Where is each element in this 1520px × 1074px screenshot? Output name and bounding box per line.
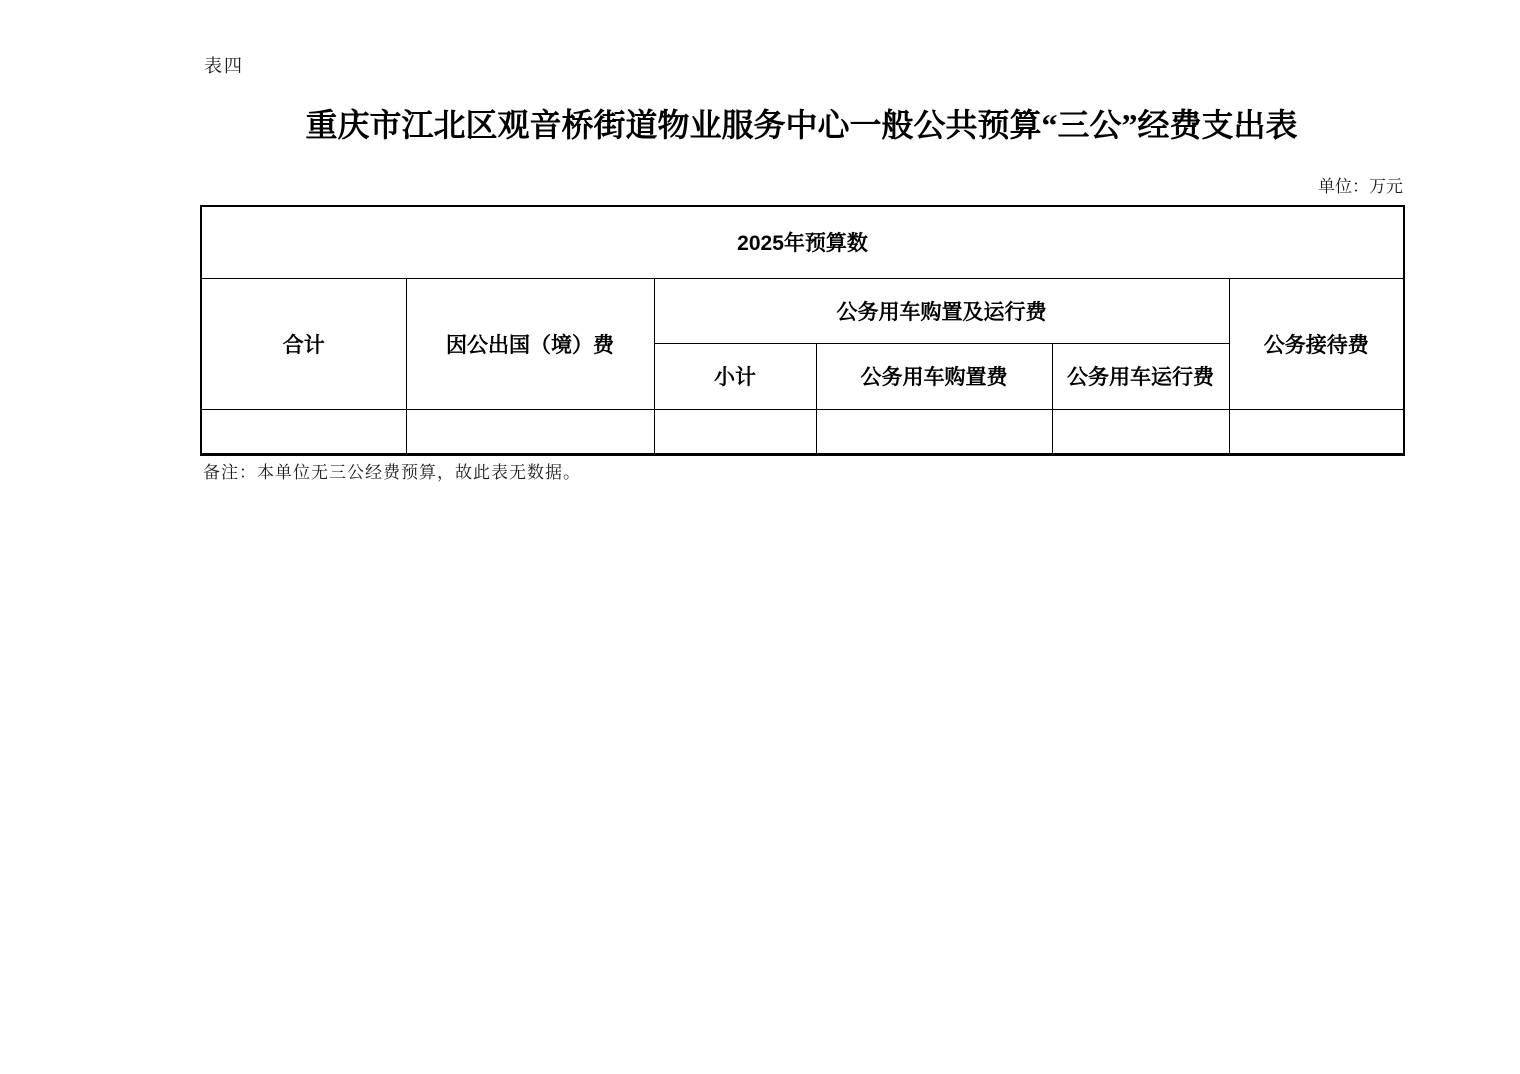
col-header-reception: 公务接待费 [1229,278,1404,409]
col-header-vehicle-group: 公务用车购置及运行费 [654,278,1229,343]
data-cell-vehicle-purchase [816,409,1052,454]
unit-label: 单位：万元 [200,172,1403,197]
col-header-vehicle-operation: 公务用车运行费 [1052,343,1229,409]
table-row-group-headers: 合计 因公出国（境）费 公务用车购置及运行费 公务接待费 [201,278,1404,343]
data-cell-vehicle-subtotal [654,409,816,454]
data-cell-total [201,409,406,454]
sheet-label: 表四 [204,52,244,78]
data-cell-vehicle-operation [1052,409,1229,454]
data-cell-reception [1229,409,1404,454]
data-cell-abroad [406,409,654,454]
col-header-total: 合计 [201,278,406,409]
col-header-vehicle-subtotal: 小计 [654,343,816,409]
col-header-vehicle-purchase: 公务用车购置费 [816,343,1052,409]
table-row-data [201,409,1404,454]
footnote: 备注：本单位无三公经费预算，故此表无数据。 [203,458,581,483]
page-title: 重庆市江北区观音桥街道物业服务中心一般公共预算“三公”经费支出表 [200,100,1403,146]
document-page: 表四 重庆市江北区观音桥街道物业服务中心一般公共预算“三公”经费支出表 单位：万… [0,0,1520,1074]
budget-table: 2025年预算数 合计 因公出国（境）费 公务用车购置及运行费 公务接待费 小计… [200,205,1405,456]
year-header-cell: 2025年预算数 [201,206,1404,278]
col-header-abroad: 因公出国（境）费 [406,278,654,409]
table-row-year: 2025年预算数 [201,206,1404,278]
